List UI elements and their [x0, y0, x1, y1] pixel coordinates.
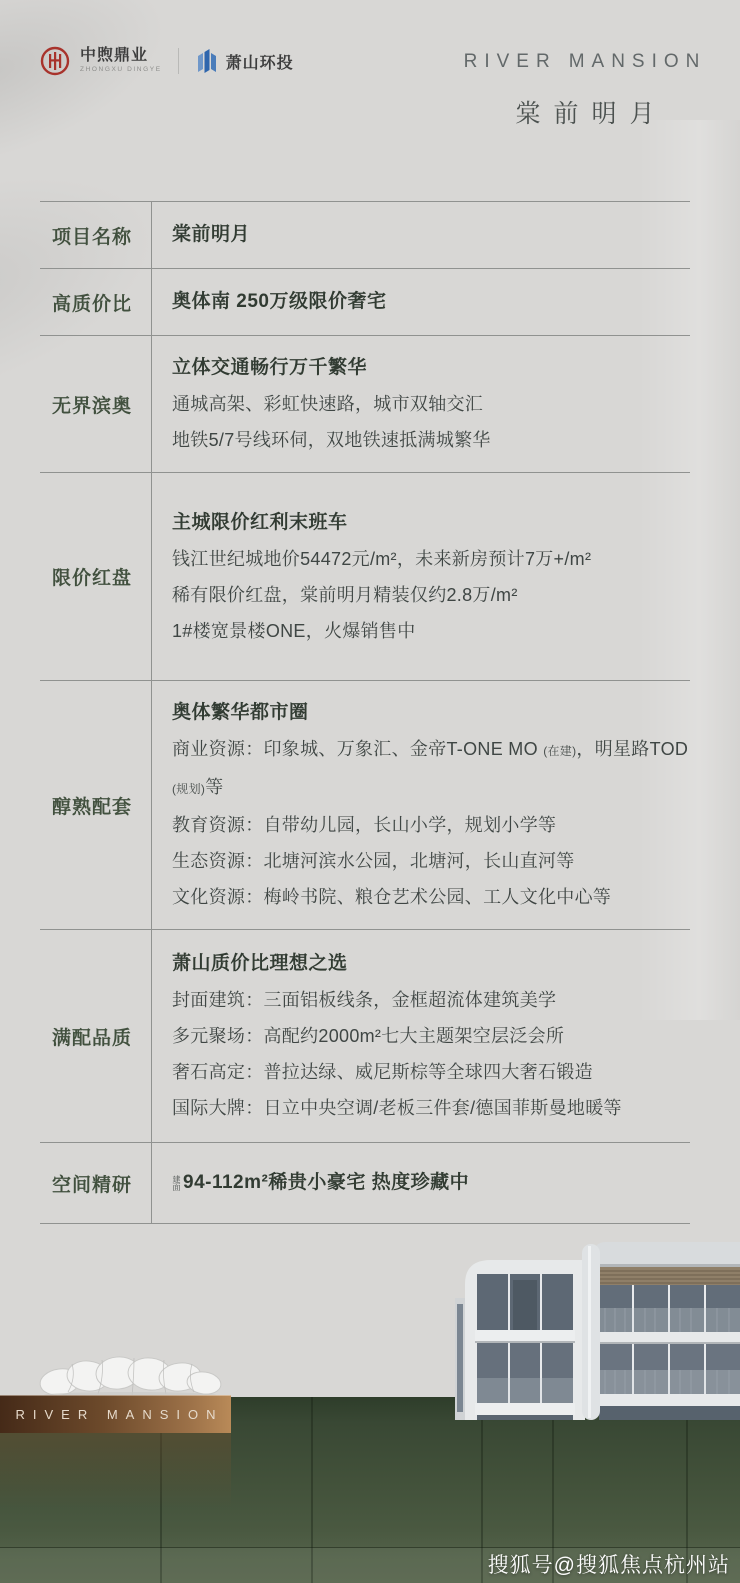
- huantou-mark-icon: [195, 48, 219, 74]
- poster-page: 中煦鼎业 ZHONGXU DINGYE 萧山环投 RIVER: [0, 0, 740, 1583]
- river-mansion-badge: RIVER MANSION: [0, 1395, 231, 1433]
- row-heading: 奥体繁华都市圈: [172, 695, 690, 731]
- table-row: 项目名称棠前明月: [40, 201, 690, 268]
- row-line: 商业资源：印象城、万象汇、金帝T-ONE MO (在建)，明星路TOD (规划)…: [172, 731, 690, 807]
- row-line: 通城高架、彩虹快速路，城市双轴交汇: [172, 386, 690, 422]
- brand1-name: 中煦鼎业: [80, 48, 162, 64]
- logo-river-text: RIVER: [464, 51, 557, 73]
- badge-label: RIVER MANSION: [7, 1407, 223, 1422]
- watermark-text: 搜狐号@搜狐焦点杭州站: [488, 1549, 730, 1579]
- brand1-wordmark: 中煦鼎业 ZHONGXU DINGYE: [80, 48, 162, 74]
- row-label: 限价红盘: [40, 473, 152, 680]
- row-label: 醇熟配套: [40, 681, 152, 929]
- zhongxu-seal-icon: [40, 46, 70, 76]
- row-line: 文化资源：梅岭书院、粮仓艺术公园、工人文化中心等: [172, 879, 690, 915]
- row-heading: 奥体南 250万级限价奢宅: [172, 284, 690, 320]
- row-content: 立体交通畅行万千繁华通城高架、彩虹快速路，城市双轴交汇地铁5/7号线环伺，双地铁…: [152, 336, 690, 472]
- row-heading: 立体交通畅行万千繁华: [172, 350, 690, 386]
- row-line: 1#楼宽景楼ONE，火爆销售中: [172, 613, 690, 649]
- brand2-name: 萧山环投: [226, 50, 294, 73]
- row-label: 空间精研: [40, 1143, 152, 1223]
- row-content: 建面94-112m²稀贵小豪宅 热度珍藏中: [152, 1143, 690, 1223]
- row-line: 稀有限价红盘，棠前明月精装仅约2.8万/m²: [172, 577, 690, 613]
- project-name-cn: 棠前明月: [470, 94, 700, 130]
- row-line: 教育资源：自带幼儿园，长山小学，规划小学等: [172, 807, 690, 843]
- table-row: 无界滨奥立体交通畅行万千繁华通城高架、彩虹快速路，城市双轴交汇地铁5/7号线环伺…: [40, 335, 690, 472]
- table-row: 空间精研建面94-112m²稀贵小豪宅 热度珍藏中: [40, 1142, 690, 1224]
- row-line: 国际大牌：日立中央空调/老板三件套/德国菲斯曼地暖等: [172, 1090, 690, 1126]
- table-row: 醇熟配套奥体繁华都市圈商业资源：印象城、万象汇、金帝T-ONE MO (在建)，…: [40, 680, 690, 929]
- row-content: 棠前明月: [152, 202, 690, 268]
- project-logo: RIVER MANSION 棠前明月: [470, 42, 700, 130]
- row-label: 高质价比: [40, 269, 152, 335]
- info-table-rows: 项目名称棠前明月高质价比奥体南 250万级限价奢宅无界滨奥立体交通畅行万千繁华通…: [40, 201, 690, 1224]
- row-label: 满配品质: [40, 930, 152, 1142]
- row-heading: 主城限价红利末班车: [172, 505, 690, 541]
- project-logo-en: RIVER MANSION: [470, 42, 700, 82]
- project-info-table: 项目名称棠前明月高质价比奥体南 250万级限价奢宅无界滨奥立体交通畅行万千繁华通…: [40, 201, 690, 1224]
- row-line: 多元聚场：高配约2000m²七大主题架空层泛会所: [172, 1018, 690, 1054]
- brand2-wordmark: 萧山环投: [195, 48, 294, 74]
- developer-brands: 中煦鼎业 ZHONGXU DINGYE 萧山环投: [40, 46, 294, 76]
- area-prefix: 建面: [172, 1175, 181, 1191]
- row-line: 地铁5/7号线环伺，双地铁速抵满城繁华: [172, 422, 690, 458]
- row-heading: 萧山质价比理想之选: [172, 946, 690, 982]
- row-line: 奢石高定：普拉达绿、威尼斯棕等全球四大奢石锻造: [172, 1054, 690, 1090]
- row-label: 无界滨奥: [40, 336, 152, 472]
- building-render-illustration: [455, 1238, 740, 1420]
- row-line: 封面建筑：三面铝板线条，金框超流体建筑美学: [172, 982, 690, 1018]
- row-content: 主城限价红利末班车钱江世纪城地价54472元/m²，未来新房预计7万+/m²稀有…: [152, 473, 690, 680]
- row-line: 生态资源：北塘河滨水公园，北塘河，长山直河等: [172, 843, 690, 879]
- badge-reflection: [0, 1432, 231, 1522]
- row-line: 钱江世纪城地价54472元/m²，未来新房预计7万+/m²: [172, 541, 690, 577]
- table-row: 限价红盘主城限价红利末班车钱江世纪城地价54472元/m²，未来新房预计7万+/…: [40, 472, 690, 680]
- row-label: 项目名称: [40, 202, 152, 268]
- row-content: 奥体南 250万级限价奢宅: [152, 269, 690, 335]
- brand1-subtitle: ZHONGXU DINGYE: [80, 67, 162, 74]
- row-heading: 建面94-112m²稀贵小豪宅 热度珍藏中: [172, 1165, 690, 1201]
- row-heading: 棠前明月: [172, 217, 690, 253]
- row-content: 奥体繁华都市圈商业资源：印象城、万象汇、金帝T-ONE MO (在建)，明星路T…: [152, 681, 690, 929]
- brand-divider: [178, 48, 179, 74]
- row-content: 萧山质价比理想之选封面建筑：三面铝板线条，金框超流体建筑美学多元聚场：高配约20…: [152, 930, 690, 1142]
- table-row: 高质价比奥体南 250万级限价奢宅: [40, 268, 690, 335]
- lotus-sculpture: [38, 1352, 223, 1398]
- table-row: 满配品质萧山质价比理想之选封面建筑：三面铝板线条，金框超流体建筑美学多元聚场：高…: [40, 929, 690, 1142]
- logo-mansion-text: MANSION: [569, 51, 707, 73]
